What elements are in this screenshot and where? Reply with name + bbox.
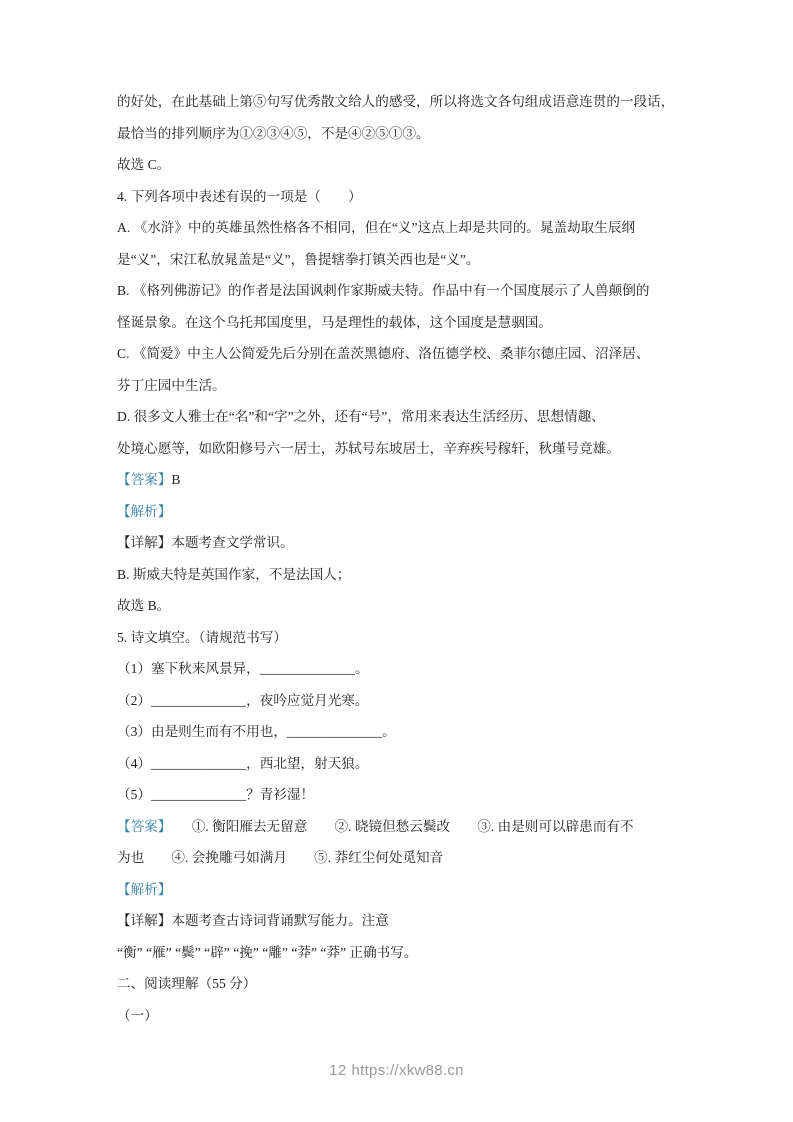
doc-line: 【详解】本题考查古诗词背诵默写能力。注意 (117, 905, 683, 937)
doc-line: A. 《水浒》中的英雄虽然性格各不相同，但在“义”这点上却是共同的。晁盖劫取生辰… (117, 212, 683, 244)
footer-url: https://xkw88.cn (351, 1062, 463, 1079)
page-footer: 12https://xkw88.cn (0, 1061, 793, 1081)
doc-line: 【详解】本题考查文学常识。 (117, 527, 683, 559)
doc-line: 【答案】B (117, 464, 683, 496)
doc-line: 【解析】 (117, 874, 683, 906)
bracket-label: 【解析】 (117, 504, 171, 519)
doc-line: （一） (117, 1000, 683, 1032)
doc-line: 5. 诗文填空。（请规范书写） (117, 622, 683, 654)
bracket-label: 【答案】 (117, 819, 165, 834)
document-page: 的好处，在此基础上第⑤句写优秀散文给人的感受，所以将选文各句组成语意连贯的一段话… (0, 0, 793, 1122)
doc-line: 故选 C。 (117, 149, 683, 181)
bracket-label: 【答案】 (117, 472, 171, 487)
doc-line: 最恰当的排列顺序为①②③④⑤，不是④②⑤①③。 (117, 118, 683, 150)
doc-line: 为也 ④. 会挽雕弓如满月 ⑤. 莽红尘何处觅知音 (117, 842, 683, 874)
doc-line: 处境心愿等，如欧阳修号六一居士，苏轼号东坡居士，辛弃疾号稼轩，秋瑾号竞雄。 (117, 433, 683, 465)
doc-line: 故选 B。 (117, 590, 683, 622)
doc-line: （3）由是则生而有不用也，______________。 (117, 716, 683, 748)
doc-line: （2）______________，夜吟应觉月光寒。 (117, 685, 683, 717)
doc-line: （1）塞下秋来风景异，______________。 (117, 653, 683, 685)
doc-line: 芬丁庄园中生活。 (117, 370, 683, 402)
doc-line: B. 斯威夫特是英国作家，不是法国人； (117, 559, 683, 591)
doc-line: 4. 下列各项中表述有误的一项是（ ） (117, 181, 683, 213)
doc-line: （4）______________，西北望，射天狼。 (117, 748, 683, 780)
document-body: 的好处，在此基础上第⑤句写优秀散文给人的感受，所以将选文各句组成语意连贯的一段话… (117, 86, 683, 1031)
doc-line: （5）______________？青衫湿！ (117, 779, 683, 811)
doc-line: 【解析】 (117, 496, 683, 528)
doc-line: 【答案】 ①. 衡阳雁去无留意 ②. 晓镜但愁云鬓改 ③. 由是则可以辟患而有不 (117, 811, 683, 843)
bracket-label: 【解析】 (117, 882, 171, 897)
doc-line: 的好处，在此基础上第⑤句写优秀散文给人的感受，所以将选文各句组成语意连贯的一段话… (117, 86, 683, 118)
doc-line: D. 很多文人雅士在“名”和“字”之外，还有“号”，常用来表达生活经历、思想情趣… (117, 401, 683, 433)
doc-line: C. 《简爱》中主人公简爱先后分别在盖茨黑德府、洛伍德学校、桑菲尔德庄园、沼泽居… (117, 338, 683, 370)
doc-line: B. 《格列佛游记》的作者是法国讽刺作家斯威夫特。作品中有一个国度展示了人兽颠倒… (117, 275, 683, 307)
doc-line: “衡” “雁” “鬓” “辟” “挽” “雕” “莽” “莽” 正确书写。 (117, 937, 683, 969)
doc-line: 是“义”，宋江私放晁盖是“义”，鲁提辖拳打镇关西也是“义”。 (117, 244, 683, 276)
doc-line: 二、阅读理解（55 分） (117, 968, 683, 1000)
page-number: 12 (329, 1062, 346, 1079)
doc-line: 怪诞景象。在这个乌托邦国度里，马是理性的载体，这个国度是慧骃国。 (117, 307, 683, 339)
